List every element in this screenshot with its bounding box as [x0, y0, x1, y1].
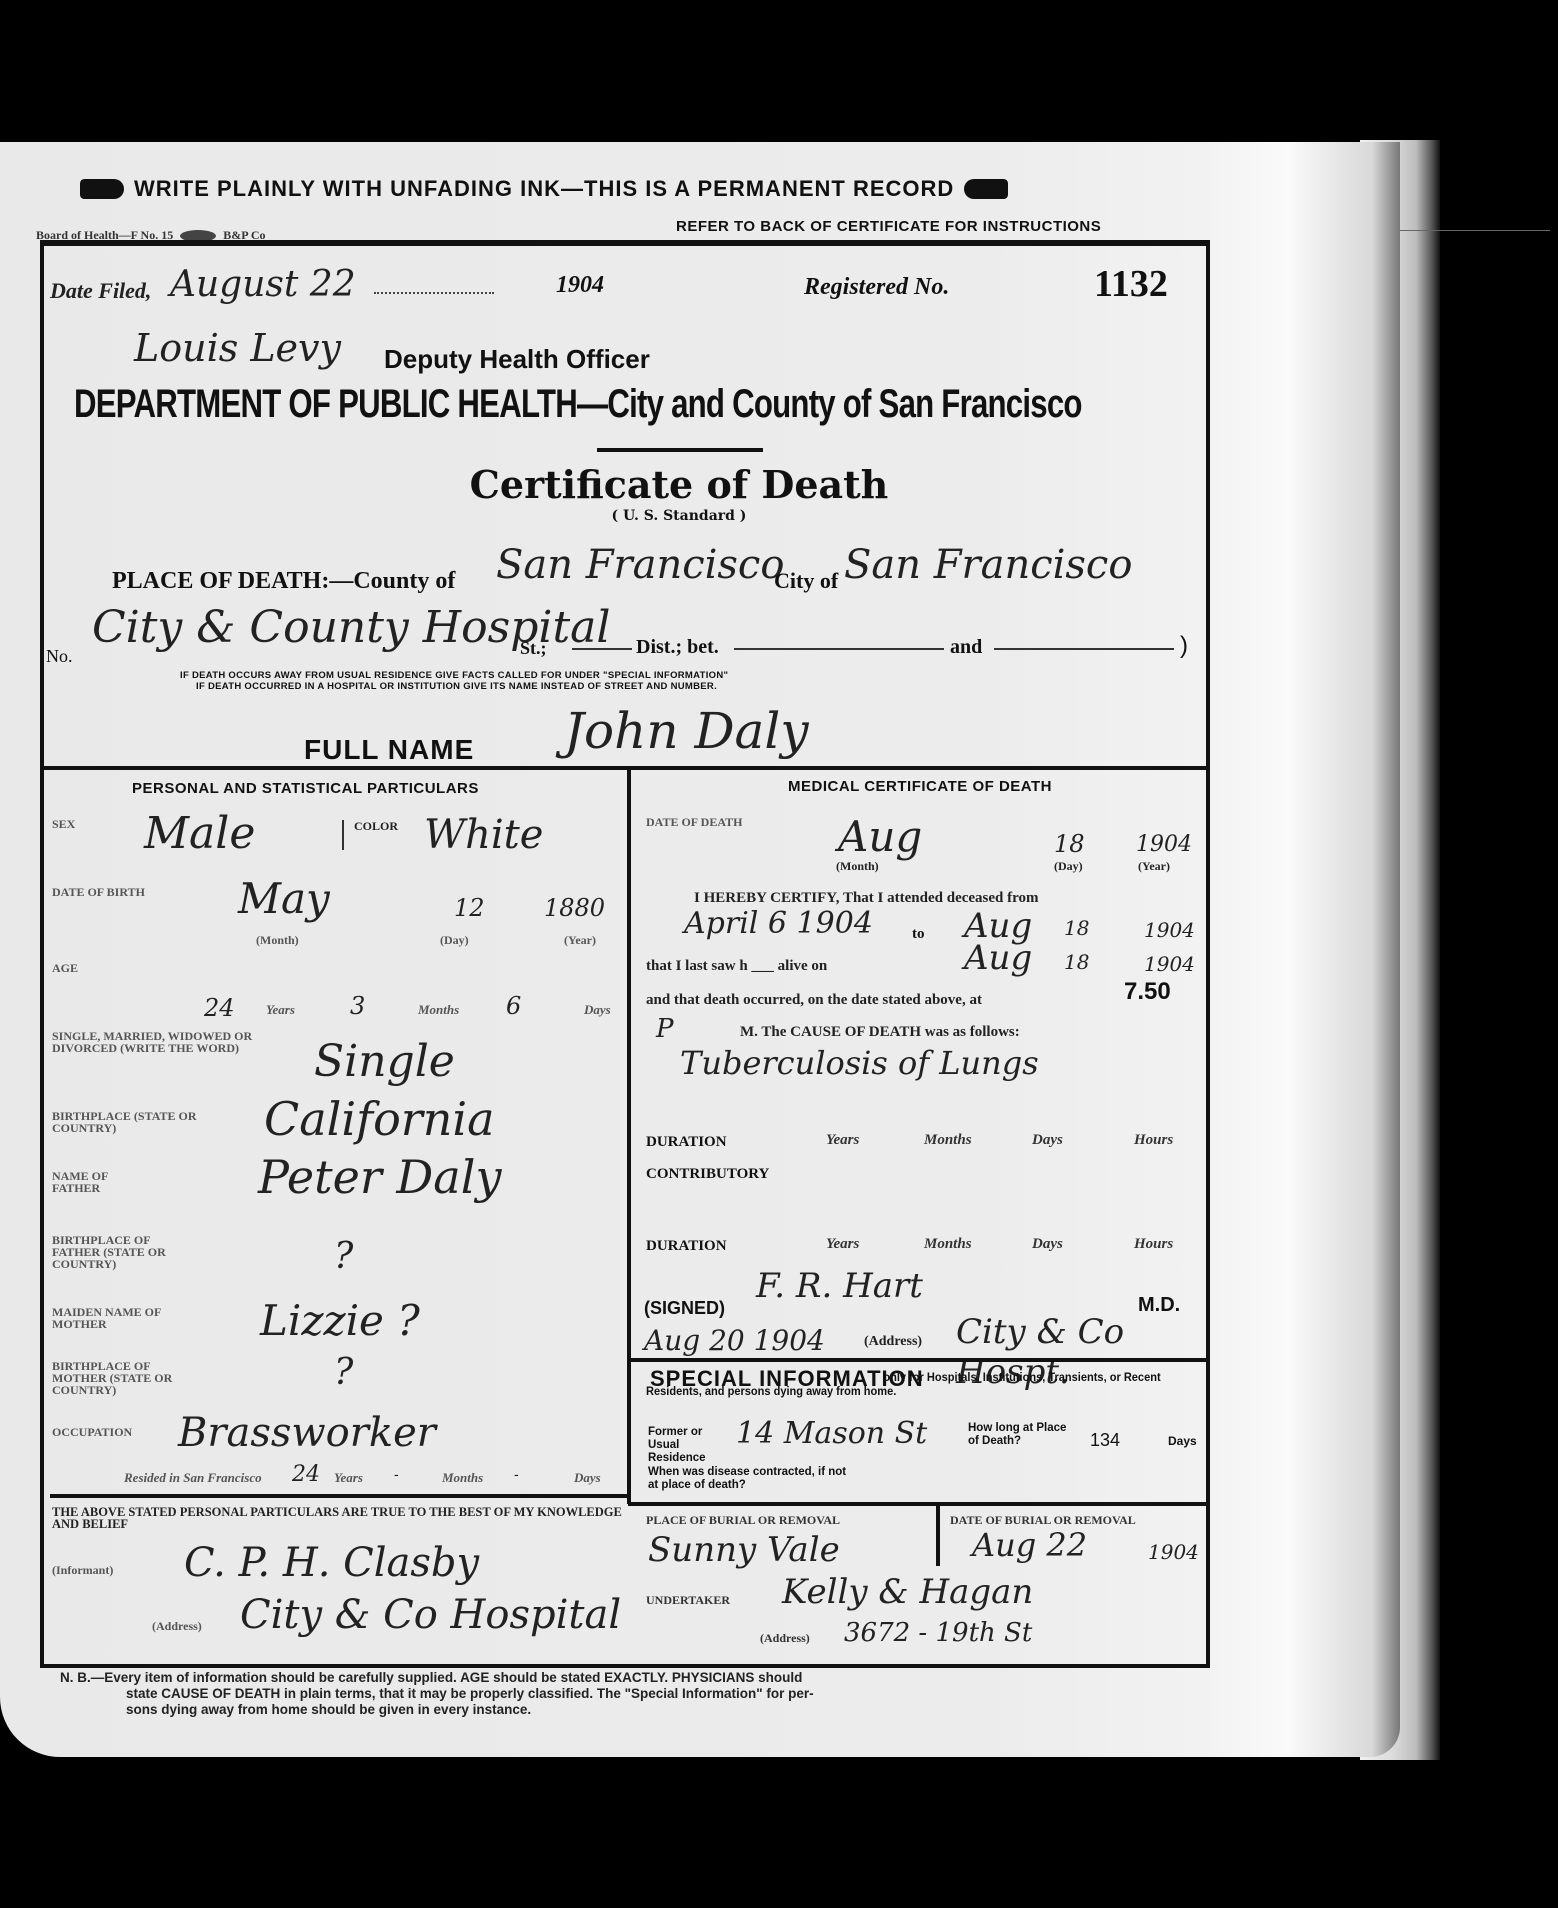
resided-years-caption: Years [334, 1470, 363, 1486]
warning-text: WRITE PLAINLY WITH UNFADING INK—THIS IS … [134, 176, 954, 202]
place-note: IF DEATH OCCURS AWAY FROM USUAL RESIDENC… [180, 670, 728, 692]
duration-hours-1: Hours [1134, 1132, 1173, 1149]
how-long-label: How long at Place of Death? [968, 1422, 1078, 1448]
informant-statement: THE ABOVE STATED PERSONAL PARTICULARS AR… [52, 1506, 622, 1530]
contributory-label: CONTRIBUTORY [646, 1166, 769, 1183]
burial-place: Sunny Vale [648, 1530, 840, 1570]
place-of-death-label: PLACE OF DEATH:—County of [112, 568, 455, 595]
color-label: COLOR [354, 820, 398, 832]
cause-text: M. The CAUSE OF DEATH was as follows: [740, 1024, 1020, 1041]
burial-year: 1904 [1148, 1540, 1199, 1564]
cause-of-death: Tuberculosis of Lungs [680, 1044, 1039, 1082]
dod-year: 1904 [1136, 832, 1192, 857]
signed-date: Aug 20 1904 [644, 1324, 825, 1357]
officer-title: Deputy Health Officer [384, 344, 650, 375]
duration-hours-2: Hours [1134, 1236, 1173, 1253]
duration-days-2: Days [1032, 1236, 1063, 1253]
street-line [572, 648, 632, 650]
dob-month: May [238, 874, 330, 923]
resided-years: 24 [292, 1462, 320, 1487]
mother-birthplace-label: BIRTHPLACE OF MOTHER (State or Country) [52, 1360, 192, 1396]
duration-years-1: Years [826, 1132, 859, 1149]
certificate-subtitle: ( U. S. Standard ) [424, 508, 934, 524]
last-saw-day: 18 [1064, 950, 1089, 974]
informant-label: (Informant) [52, 1564, 113, 1576]
duration-months-2: Months [924, 1236, 972, 1253]
mother-label: MAIDEN NAME OF MOTHER [52, 1306, 182, 1330]
marital-label: SINGLE, MARRIED, WIDOWED OR DIVORCED (Wr… [52, 1030, 262, 1054]
attended-from: April 6 1904 [684, 906, 873, 941]
dod-year-caption: (Year) [1138, 860, 1170, 872]
age-months: 3 [350, 992, 365, 1020]
header-warning: WRITE PLAINLY WITH UNFADING INK—THIS IS … [80, 176, 1170, 202]
place-note-line-2: IF DEATH OCCURRED IN A HOSPITAL OR INSTI… [180, 681, 728, 692]
informant-divider [50, 1494, 628, 1498]
informant-address: City & Co Hospital [240, 1592, 621, 1638]
certificate-form: Date Filed, August 22 1904 Registered No… [40, 240, 1210, 1668]
date-filed-label: Date Filed, [50, 278, 151, 304]
registered-label: Registered No. [804, 274, 949, 301]
last-saw-month: Aug [964, 938, 1032, 978]
district-line [734, 648, 944, 650]
physician-signature: F. R. Hart [756, 1266, 923, 1306]
date-filed-value: August 22 [170, 264, 356, 305]
duration-months-1: Months [924, 1132, 972, 1149]
page-edge-line [1400, 230, 1550, 231]
and-line [994, 648, 1174, 650]
footnote-line-1: N. B.—Every item of information should b… [60, 1670, 802, 1685]
dod-month-caption: (Month) [836, 860, 879, 872]
instructions-note: REFER TO BACK OF CERTIFICATE FOR INSTRUC… [676, 218, 1101, 235]
duration-label-1: DURATION [646, 1134, 727, 1151]
signed-label: (SIGNED) [644, 1298, 725, 1319]
dod-day-caption: (Day) [1054, 860, 1083, 872]
age-days: 6 [506, 992, 521, 1020]
special-subtitle: only for Hospitals, Institutions, Transi… [646, 1370, 1161, 1398]
father-label: NAME OF FATHER [52, 1170, 142, 1194]
sex-value: Male [144, 808, 255, 859]
age-label: AGE [52, 962, 78, 974]
occupation-value: Brassworker [178, 1410, 436, 1456]
attended-to-day: 18 [1064, 916, 1089, 940]
full-name-value: John Daly [564, 702, 809, 760]
contracted-label: When was disease contracted, if not at p… [648, 1466, 848, 1492]
sex-label: SEX [52, 818, 75, 830]
resided-months: - [394, 1466, 399, 1482]
duration-label-2: DURATION [646, 1238, 727, 1255]
sex-color-divider [342, 820, 344, 850]
resided-days: - [514, 1466, 519, 1482]
informant-address-label: (Address) [152, 1620, 202, 1632]
color-value: White [424, 812, 543, 858]
how-long-value: 134 [1090, 1430, 1120, 1451]
resided-months-caption: Months [442, 1470, 483, 1486]
place-note-line-1: IF DEATH OCCURS AWAY FROM USUAL RESIDENC… [180, 670, 728, 681]
mother-value: Lizzie ? [260, 1296, 420, 1345]
last-saw-year: 1904 [1144, 952, 1195, 976]
dob-month-caption: (Month) [256, 934, 299, 946]
city-value: San Francisco [844, 542, 1132, 588]
dob-year-caption: (Year) [564, 934, 596, 946]
age-days-caption: Days [584, 1002, 611, 1018]
father-birthplace-label: BIRTHPLACE OF FATHER (State or Country) [52, 1234, 182, 1270]
personal-title: PERSONAL AND STATISTICAL PARTICULARS [132, 780, 479, 797]
title-rule [597, 448, 763, 452]
footnote-line-3: sons dying away from home should be give… [60, 1702, 1120, 1718]
duration-days-1: Days [1032, 1132, 1063, 1149]
duration-years-2: Years [826, 1236, 859, 1253]
birthplace-value: California [264, 1092, 495, 1146]
footnote-line-2: state CAUSE OF DEATH in plain terms, tha… [60, 1686, 1120, 1702]
dob-year: 1880 [544, 894, 605, 922]
column-divider [627, 768, 631, 1504]
dod-day: 18 [1054, 830, 1085, 858]
no-label: No. [46, 646, 73, 667]
resided-days-caption: Days [574, 1470, 601, 1486]
district-label: Dist.; bet. [636, 636, 719, 659]
undertaker-address: 3672 - 19th St [844, 1618, 1032, 1648]
department-title: DEPARTMENT OF PUBLIC HEALTH—City and Cou… [74, 382, 1082, 427]
to-label: to [912, 926, 925, 943]
pointing-hand-icon [964, 179, 1008, 199]
burial-divider [628, 1502, 1210, 1506]
age-months-caption: Months [418, 1002, 459, 1018]
burial-date: Aug 22 [972, 1526, 1087, 1564]
how-long-days-label: Days [1168, 1434, 1197, 1448]
dob-label: DATE OF BIRTH [52, 886, 145, 898]
certificate-title: Certificate of Death [424, 462, 934, 507]
age-years-caption: Years [266, 1002, 295, 1018]
meridian: P [656, 1014, 674, 1044]
last-saw-text: that I last saw h ___ alive on [646, 958, 827, 975]
closing-paren: ) [1180, 632, 1188, 660]
birthplace-label: BIRTHPLACE (State or Country) [52, 1110, 202, 1134]
informant-name: C. P. H. Clasby [184, 1540, 479, 1586]
dob-day: 12 [454, 894, 485, 922]
pointing-hand-icon [80, 179, 124, 199]
occurred-text: and that death occurred, on the date sta… [646, 992, 982, 1009]
county-value: San Francisco [496, 542, 784, 588]
full-name-label: FULL NAME [304, 734, 474, 766]
undertaker-value: Kelly & Hagan [782, 1572, 1033, 1612]
date-filed-year: 1904 [556, 272, 604, 299]
medical-title: MEDICAL CERTIFICATE OF DEATH [788, 778, 1052, 795]
certify-text: I HEREBY CERTIFY, That I attended deceas… [694, 890, 1039, 907]
city-label: City of [774, 568, 838, 594]
officer-signature: Louis Levy [134, 326, 341, 370]
dod-label: DATE OF DEATH [646, 816, 742, 828]
father-birthplace-value: ? [334, 1236, 353, 1277]
undertaker-label: UNDERTAKER [646, 1594, 730, 1606]
mother-birthplace-value: ? [334, 1352, 353, 1393]
burial-column-divider [936, 1504, 940, 1566]
and-label: and [950, 636, 982, 659]
footnote: N. B.—Every item of information should b… [60, 1670, 1120, 1718]
registered-number: 1132 [1094, 262, 1168, 306]
age-years: 24 [204, 994, 235, 1022]
date-filed-dots [374, 292, 494, 294]
marital-value: Single [314, 1036, 455, 1087]
dod-month: Aug [838, 812, 922, 861]
residence-label: Former or Usual Residence [648, 1426, 728, 1465]
dob-day-caption: (Day) [440, 934, 469, 946]
section-divider [42, 766, 1210, 770]
father-value: Peter Daly [258, 1150, 501, 1204]
burial-date-label: DATE of BURIAL or REMOVAL [950, 1514, 1136, 1526]
occupation-label: OCCUPATION [52, 1426, 132, 1438]
physician-address-label: (Address) [864, 1336, 922, 1348]
time-of-death: 7.50 [1124, 978, 1171, 1006]
resided-label: Resided in San Francisco [124, 1470, 262, 1486]
special-divider [628, 1358, 1210, 1362]
street-label: St.; [520, 638, 547, 659]
residence-value: 14 Mason St [736, 1416, 927, 1451]
attended-to-year: 1904 [1144, 918, 1195, 942]
undertaker-address-label: (Address) [760, 1632, 810, 1644]
burial-place-label: PLACE OF BURIAL OR REMOVAL [646, 1514, 840, 1526]
